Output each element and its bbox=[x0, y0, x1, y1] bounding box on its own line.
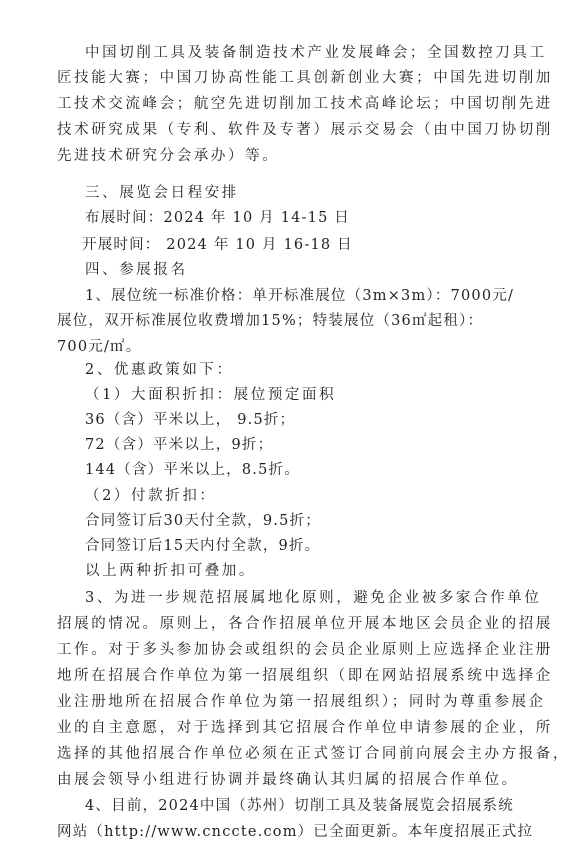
item2-line: 合同签订后15天内付全款，9折。 bbox=[85, 536, 320, 556]
item3-line: 招展的情况。原则上，各合作招展单位开展本地区会员企业的招展 bbox=[57, 614, 553, 634]
open-time: 开展时间： 2024 年 10 月 16-18 日 bbox=[82, 235, 353, 255]
item2-line: （2）付款折扣： bbox=[85, 486, 217, 506]
item1-line: 展位，双开标准展位收费增加15%；特装展位（36㎡起租）： bbox=[57, 311, 483, 331]
item4-line: 网站（http://www.cnccte.com）已全面更新。本年度招展正式拉 bbox=[57, 822, 533, 842]
item1-line: 700元/㎡。 bbox=[57, 337, 141, 357]
paragraph-events-line: 技术研究成果（专利、软件及专著）展示交易会（由中国刀协切削 bbox=[57, 120, 553, 140]
item2-line: 144（含）平米以上，8.5折。 bbox=[85, 460, 300, 480]
item3-line: 选择的其他招展合作单位必须在正式签订合同前向展会主办方报备， bbox=[57, 744, 570, 764]
item3-line: 3、为进一步规范招展属地化原则，避免企业被多家合作单位 bbox=[85, 588, 541, 608]
section4-heading: 四、参展报名 bbox=[85, 260, 188, 280]
item3-line: 工作。对于多头参加协会或组织的会员企业原则上应选择企业注册 bbox=[57, 640, 553, 660]
item2-title: 2、优惠政策如下： bbox=[85, 360, 234, 380]
item2-line: 72（含）平米以上，9折； bbox=[85, 435, 273, 455]
item3-line: 业的自主意愿，对于选择到其它招展合作单位申请参展的企业，所 bbox=[57, 718, 553, 738]
paragraph-events-line: 工技术交流峰会；航空先进切削加工技术高峰论坛；中国切削先进 bbox=[57, 94, 553, 114]
item2-line: 以上两种折扣可叠加。 bbox=[85, 561, 256, 581]
item1-line: 1、展位统一标准价格：单开标准展位（3m×3m）：7000元/ bbox=[85, 286, 514, 306]
item3-line: 由展会领导小组进行协调并最终确认其归属的招展合作单位。 bbox=[57, 770, 519, 790]
paragraph-events-line: 先进技术研究分会承办）等。 bbox=[57, 146, 279, 166]
item2-line: 36（含）平米以上， 9.5折； bbox=[85, 410, 295, 430]
document-page: 中国切削工具及装备制造技术产业发展峰会；全国数控刀具工 匠技能大赛；中国刀协高性… bbox=[0, 0, 575, 846]
paragraph-events-line: 匠技能大赛；中国刀协高性能工具创新创业大赛；中国先进切削加 bbox=[57, 68, 553, 88]
section3-heading: 三、展览会日程安排 bbox=[85, 183, 239, 203]
item2-line: （1）大面积折扣：展位预定面积 bbox=[85, 385, 336, 405]
setup-time: 布展时间：2024 年 10 月 14-15 日 bbox=[85, 208, 350, 228]
paragraph-events-line: 中国切削工具及装备制造技术产业发展峰会；全国数控刀具工 bbox=[85, 43, 547, 63]
item2-line: 合同签订后30天付全款，9.5折； bbox=[85, 511, 321, 531]
item3-line: 地所在招展合作单位为第一招展组织（即在网站招展系统中选择企 bbox=[57, 666, 553, 686]
item4-line: 4、目前，2024中国（苏州）切削工具及装备展览会招展系统 bbox=[85, 796, 514, 816]
item3-line: 业注册地所在招展合作单位为第一招展组织）；同时为尊重参展企 bbox=[57, 692, 546, 712]
